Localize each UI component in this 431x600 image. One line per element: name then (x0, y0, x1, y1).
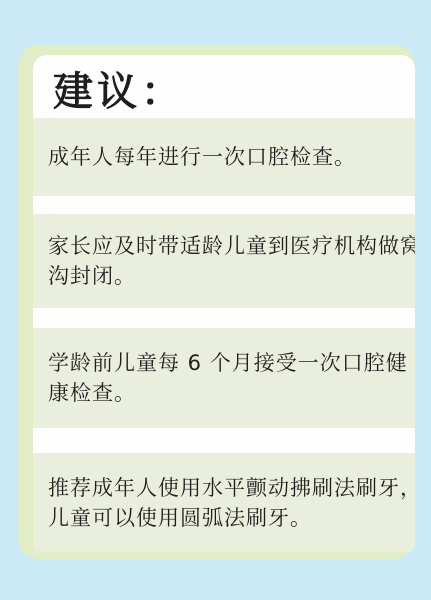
recommendation-text: 康检查。 (48, 378, 407, 408)
recommendation-text: 家长应及时带适龄儿童到医疗机构做窝 (48, 231, 407, 261)
band-divider (33, 428, 415, 453)
recommendation-text: 沟封闭。 (48, 261, 407, 291)
recommendation-band-3: 学龄前儿童每 6 个月接受一次口腔健 康检查。 (33, 328, 415, 428)
poster-background: { "colors": { "background": "#cbe9f6", "… (0, 0, 431, 600)
page-title: 建议： (53, 72, 185, 112)
band-divider (33, 196, 415, 214)
recommendation-band-4: 推荐成年人使用水平颤动拂刷法刷牙， 儿童可以使用圆弧法刷牙。 (33, 453, 415, 552)
card-title-area: 建议： (33, 55, 415, 118)
recommendation-text: 儿童可以使用圆弧法刷牙。 (48, 503, 407, 533)
recommendation-text: 成年人每年进行一次口腔检查。 (48, 142, 407, 172)
band-divider (33, 308, 415, 328)
recommendation-text: 学龄前儿童每 6 个月接受一次口腔健 (48, 348, 407, 378)
recommendation-card: 建议： 成年人每年进行一次口腔检查。 家长应及时带适龄儿童到医疗机构做窝 沟封闭… (33, 55, 415, 552)
recommendation-text: 推荐成年人使用水平颤动拂刷法刷牙， (48, 473, 407, 503)
recommendation-band-2: 家长应及时带适龄儿童到医疗机构做窝 沟封闭。 (33, 214, 415, 308)
recommendation-band-1: 成年人每年进行一次口腔检查。 (33, 118, 415, 196)
